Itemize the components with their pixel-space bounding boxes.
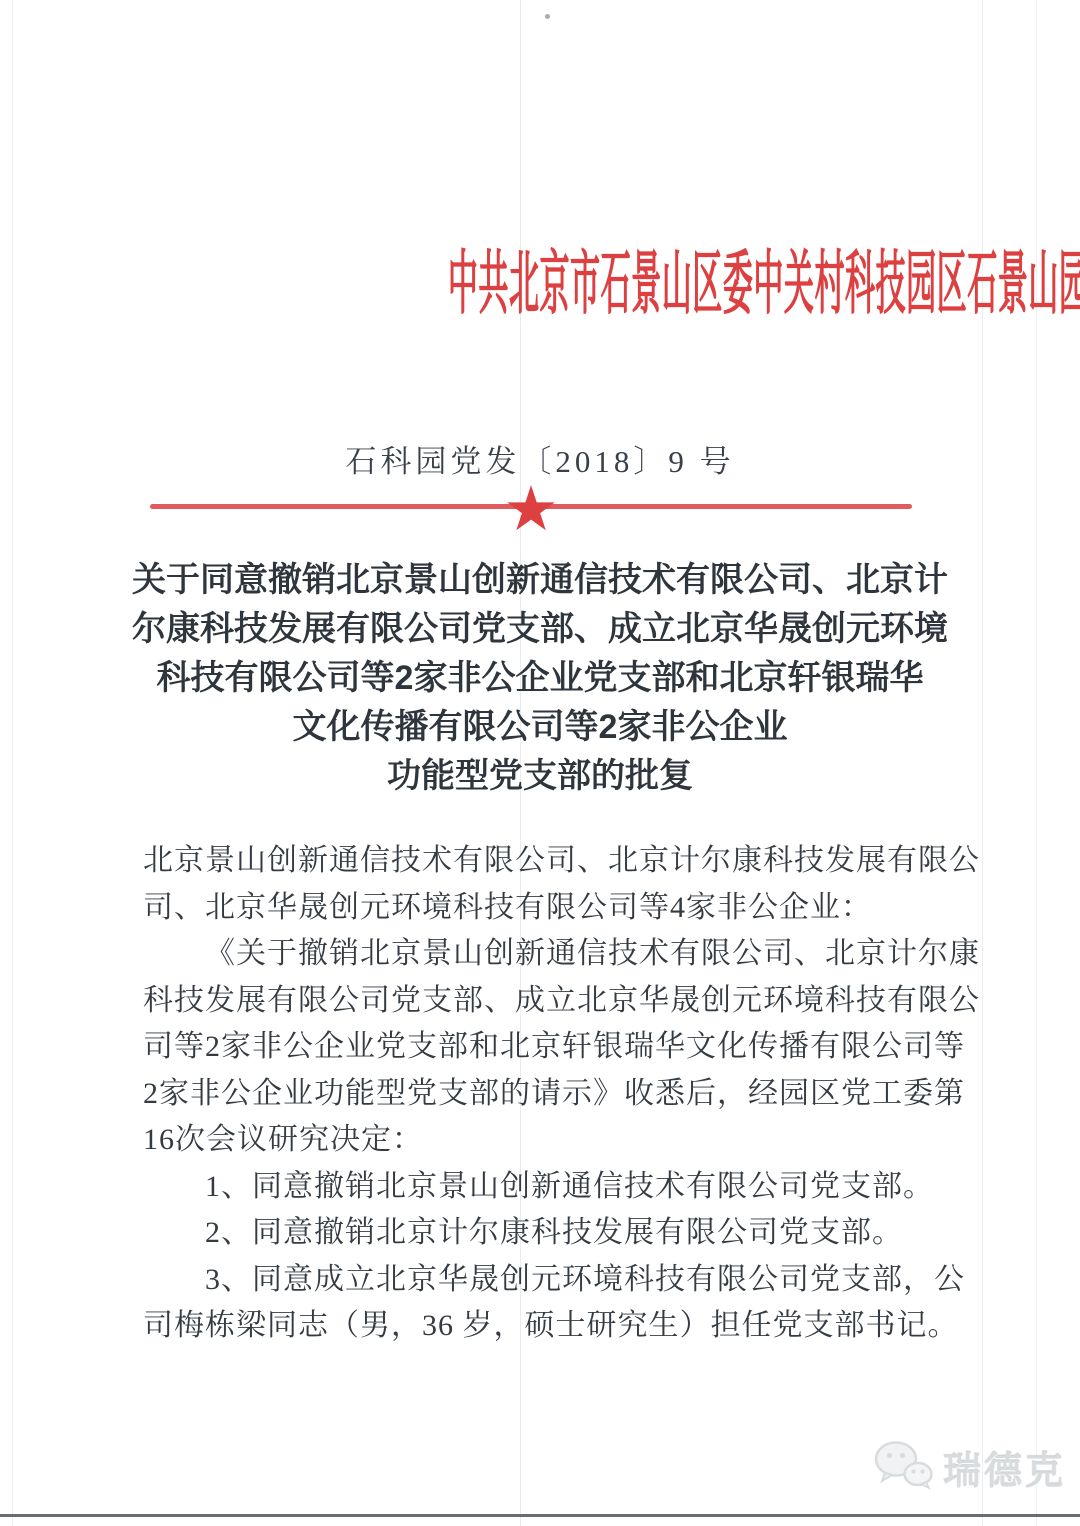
red-header-separator: ★ (150, 494, 912, 558)
title-line: 科技有限公司等2家非公企业党支部和北京轩银瑞华 (0, 654, 1080, 703)
body-line: 1、同意撤销北京景山创新通信技术有限公司党支部。 (143, 1164, 943, 1211)
body-line: 2、同意撤销北京计尔康科技发展有限公司党支部。 (143, 1210, 943, 1257)
body-line: 司梅栋梁同志（男，36 岁，硕士研究生）担任党支部书记。 (143, 1303, 943, 1350)
document-body: 北京景山创新通信技术有限公司、北京计尔康科技发展有限公 司、北京华晟创元环境科技… (143, 838, 943, 1350)
document-title: 关于同意撤销北京景山创新通信技术有限公司、北京计 尔康科技发展有限公司党支部、成… (0, 556, 1080, 801)
red-star-icon: ★ (503, 478, 559, 540)
title-line: 关于同意撤销北京景山创新通信技术有限公司、北京计 (0, 556, 1080, 605)
publisher-watermark: 瑞德克 (871, 1438, 1066, 1497)
issuing-org-name: 中共北京市石景山区委中关村科技园区石景山园工作委员会 (448, 228, 1080, 327)
body-line: 16次会议研究决定： (143, 1117, 943, 1164)
scan-speck (545, 14, 550, 19)
title-line: 文化传播有限公司等2家非公企业 (0, 703, 1080, 752)
body-line: 2家非公企业功能型党支部的请示》收悉后，经园区党工委第 (143, 1071, 943, 1118)
body-line: 《关于撤销北京景山创新通信技术有限公司、北京计尔康 (143, 931, 943, 978)
official-document-page: 中共北京市石景山区委中关村科技园区石景山园工作委员会 石科园党发〔2018〕9 … (0, 0, 1080, 1526)
watermark-label: 瑞德克 (943, 1440, 1066, 1495)
wechat-logo-icon (871, 1438, 935, 1497)
body-line: 北京景山创新通信技术有限公司、北京计尔康科技发展有限公 (143, 838, 943, 885)
body-line: 科技发展有限公司党支部、成立北京华晟创元环境科技有限公 (143, 978, 943, 1025)
issuing-org-header: 中共北京市石景山区委中关村科技园区石景山园工作委员会 (0, 232, 1080, 324)
body-line: 司等2家非公企业党支部和北京轩银瑞华文化传播有限公司等 (143, 1024, 943, 1071)
title-line: 功能型党支部的批复 (0, 752, 1080, 801)
body-line: 司、北京华晟创元环境科技有限公司等4家非公企业： (143, 885, 943, 932)
body-line: 3、同意成立北京华晟创元环境科技有限公司党支部，公 (143, 1257, 943, 1304)
title-line: 尔康科技发展有限公司党支部、成立北京华晟创元环境 (0, 605, 1080, 654)
bottom-scan-rule (0, 1514, 1080, 1517)
